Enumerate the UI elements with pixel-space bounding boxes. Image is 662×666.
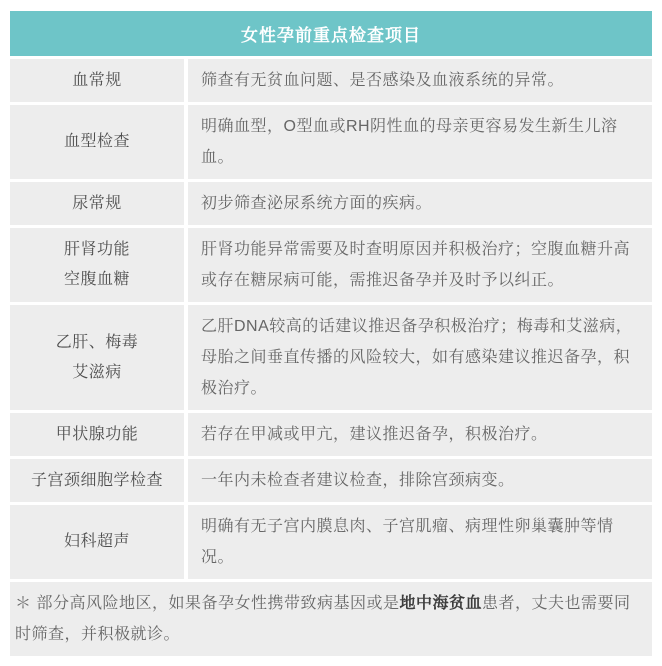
row-description-text: 乙肝DNA较高的话建议推迟备孕积极治疗；梅毒和艾滋病，母胎之间垂直传播的风险较大…: [201, 311, 638, 404]
table-row: 妇科超声 明确有无子宫内膜息肉、子宫肌瘤、病理性卵巢囊肿等情况。: [10, 505, 652, 579]
row-description-text: 明确血型，O型血或RH阴性血的母亲更容易发生新生儿溶血。: [201, 111, 638, 173]
table-row: 子宫颈细胞学检查 一年内未检查者建议检查，排除宫颈病变。: [10, 459, 652, 502]
row-description: 初步筛查泌尿系统方面的疾病。: [188, 182, 652, 225]
table-row: 血型检查 明确血型，O型血或RH阴性血的母亲更容易发生新生儿溶血。: [10, 105, 652, 179]
row-description-text: 明确有无子宫内膜息肉、子宫肌瘤、病理性卵巢囊肿等情况。: [201, 511, 638, 573]
table-row: 肝肾功能 空腹血糖 肝肾功能异常需要及时查明原因并积极治疗；空腹血糖升高或存在糖…: [10, 228, 652, 302]
table-row: 乙肝、梅毒 艾滋病 乙肝DNA较高的话建议推迟备孕积极治疗；梅毒和艾滋病，母胎之…: [10, 305, 652, 410]
table-row: 甲状腺功能 若存在甲减或甲亢，建议推迟备孕，积极治疗。: [10, 413, 652, 456]
row-item-label: 乙肝、梅毒 艾滋病: [10, 305, 184, 410]
row-description-text: 肝肾功能异常需要及时查明原因并积极治疗；空腹血糖升高或存在糖尿病可能，需推迟备孕…: [201, 234, 638, 296]
checkup-table: 女性孕前重点检查项目 血常规 筛查有无贫血问题、是否感染及血液系统的异常。 血型…: [10, 11, 652, 656]
row-item-label: 妇科超声: [10, 505, 184, 579]
row-item-label: 血型检查: [10, 105, 184, 179]
row-description-text: 一年内未检查者建议检查，排除宫颈病变。: [201, 465, 515, 496]
row-item-label: 尿常规: [10, 182, 184, 225]
row-description: 明确血型，O型血或RH阴性血的母亲更容易发生新生儿溶血。: [188, 105, 652, 179]
row-description: 筛查有无贫血问题、是否感染及血液系统的异常。: [188, 59, 652, 102]
row-description: 肝肾功能异常需要及时查明原因并积极治疗；空腹血糖升高或存在糖尿病可能，需推迟备孕…: [188, 228, 652, 302]
row-description-text: 筛查有无贫血问题、是否感染及血液系统的异常。: [201, 65, 564, 96]
row-item-label: 肝肾功能 空腹血糖: [10, 228, 184, 302]
table-row: 血常规 筛查有无贫血问题、是否感染及血液系统的异常。: [10, 59, 652, 102]
footnote-prefix: ＊ 部分高风险地区，如果备孕女性携带致病基因或是: [15, 595, 399, 612]
row-description: 乙肝DNA较高的话建议推迟备孕积极治疗；梅毒和艾滋病，母胎之间垂直传播的风险较大…: [188, 305, 652, 410]
footnote: ＊ 部分高风险地区，如果备孕女性携带致病基因或是地中海贫血患者，丈夫也需要同时筛…: [10, 582, 652, 656]
row-description-text: 初步筛查泌尿系统方面的疾病。: [201, 188, 432, 219]
row-item-label: 血常规: [10, 59, 184, 102]
footnote-bold-term: 地中海贫血: [399, 595, 482, 612]
row-item-label: 子宫颈细胞学检查: [10, 459, 184, 502]
table-row: 尿常规 初步筛查泌尿系统方面的疾病。: [10, 182, 652, 225]
row-description: 一年内未检查者建议检查，排除宫颈病变。: [188, 459, 652, 502]
row-description: 若存在甲减或甲亢，建议推迟备孕，积极治疗。: [188, 413, 652, 456]
row-description: 明确有无子宫内膜息肉、子宫肌瘤、病理性卵巢囊肿等情况。: [188, 505, 652, 579]
table-title: 女性孕前重点检查项目: [10, 11, 652, 56]
row-description-text: 若存在甲减或甲亢，建议推迟备孕，积极治疗。: [201, 419, 548, 450]
row-item-label: 甲状腺功能: [10, 413, 184, 456]
